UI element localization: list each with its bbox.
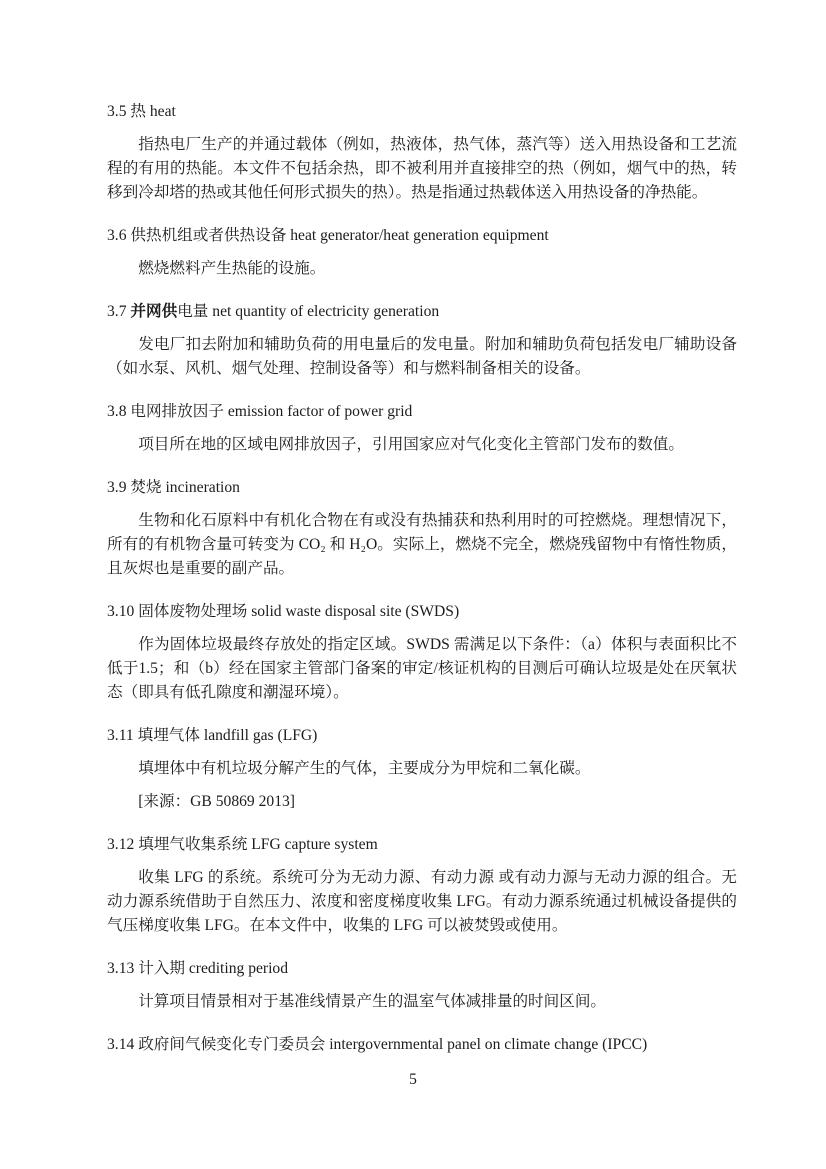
source-reference: [来源：GB 50869 2013]: [107, 790, 737, 814]
definition-section-3-9: 3.9 焚烧 incineration 生物和化石原料中有机化合物在有或没有热捕…: [107, 476, 737, 581]
definition-section-3-11: 3.11 填埋气体 landfill gas (LFG) 填埋体中有机垃圾分解产…: [107, 724, 737, 814]
term-heading: 3.11 填埋气体 landfill gas (LFG): [107, 724, 737, 748]
definition-paragraph: 指热电厂生产的并通过载体（例如，热液体，热气体，蒸汽等）送入用热设备和工艺流程的…: [107, 133, 737, 205]
term-heading-tail-text: 电量 net quantity of electricity generatio…: [177, 303, 439, 320]
term-heading: 3.6 供热机组或者供热设备 heat generator/heat gener…: [107, 224, 737, 248]
definition-paragraph: 发电厂扣去附加和辅助负荷的用电量后的发电量。附加和辅助负荷包括发电厂辅助设备（如…: [107, 333, 737, 381]
term-heading-text: 3.9 焚烧 incineration: [107, 479, 240, 496]
term-heading: 3.8 电网排放因子 emission factor of power grid: [107, 400, 737, 424]
term-heading-text: 3.5 热 heat: [107, 103, 176, 120]
term-heading: 3.12 填埋气收集系统 LFG capture system: [107, 833, 737, 857]
term-heading-bold-text: 并网供: [130, 303, 177, 320]
definition-section-3-13: 3.13 计入期 crediting period 计算项目情景相对于基准线情景…: [107, 957, 737, 1014]
definition-section-3-14: 3.14 政府间气候变化专门委员会 intergovernmental pane…: [107, 1033, 737, 1057]
term-heading: 3.9 焚烧 incineration: [107, 476, 737, 500]
definition-section-3-8: 3.8 电网排放因子 emission factor of power grid…: [107, 400, 737, 457]
term-heading-text: 3.11 填埋气体 landfill gas (LFG): [107, 727, 317, 744]
definition-paragraph: 项目所在地的区域电网排放因子，引用国家应对气化变化主管部门发布的数值。: [107, 433, 737, 457]
term-heading: 3.10 固体废物处理场 solid waste disposal site (…: [107, 600, 737, 624]
definition-paragraph: 填埋体中有机垃圾分解产生的气体，主要成分为甲烷和二氧化碳。: [107, 757, 737, 781]
term-heading-text: 3.13 计入期 crediting period: [107, 960, 288, 977]
definition-paragraph: 作为固体垃圾最终存放处的指定区域。SWDS 需满足以下条件：（a）体积与表面积比…: [107, 633, 737, 705]
term-heading-text: 3.7: [107, 303, 130, 320]
term-heading-text: 3.14 政府间气候变化专门委员会 intergovernmental pane…: [107, 1036, 647, 1053]
definition-section-3-5: 3.5 热 heat 指热电厂生产的并通过载体（例如，热液体，热气体，蒸汽等）送…: [107, 100, 737, 205]
term-heading-text: 3.6 供热机组或者供热设备 heat generator/heat gener…: [107, 227, 549, 244]
definition-paragraph: 计算项目情景相对于基准线情景产生的温室气体减排量的时间区间。: [107, 990, 737, 1014]
document-page: 3.5 热 heat 指热电厂生产的并通过载体（例如，热液体，热气体，蒸汽等）送…: [0, 0, 826, 1169]
definition-paragraph: 燃烧燃料产生热能的设施。: [107, 257, 737, 281]
term-heading: 3.5 热 heat: [107, 100, 737, 124]
term-heading: 3.14 政府间气候变化专门委员会 intergovernmental pane…: [107, 1033, 737, 1057]
definition-section-3-7: 3.7 并网供电量 net quantity of electricity ge…: [107, 300, 737, 381]
definition-paragraph: 生物和化石原料中有机化合物在有或没有热捕获和热利用时的可控燃烧。理想情况下，所有…: [107, 509, 737, 581]
definition-section-3-12: 3.12 填埋气收集系统 LFG capture system 收集 LFG 的…: [107, 833, 737, 938]
term-heading-text: 3.12 填埋气收集系统 LFG capture system: [107, 836, 378, 853]
term-heading-text: 3.10 固体废物处理场 solid waste disposal site (…: [107, 603, 459, 620]
term-heading: 3.7 并网供电量 net quantity of electricity ge…: [107, 300, 737, 324]
page-number: 5: [0, 1069, 826, 1091]
definition-section-3-6: 3.6 供热机组或者供热设备 heat generator/heat gener…: [107, 224, 737, 281]
definition-section-3-10: 3.10 固体废物处理场 solid waste disposal site (…: [107, 600, 737, 705]
term-heading: 3.13 计入期 crediting period: [107, 957, 737, 981]
definition-paragraph: 收集 LFG 的系统。系统可分为无动力源、有动力源 或有动力源与无动力源的组合。…: [107, 866, 737, 938]
term-heading-text: 3.8 电网排放因子 emission factor of power grid: [107, 403, 412, 420]
